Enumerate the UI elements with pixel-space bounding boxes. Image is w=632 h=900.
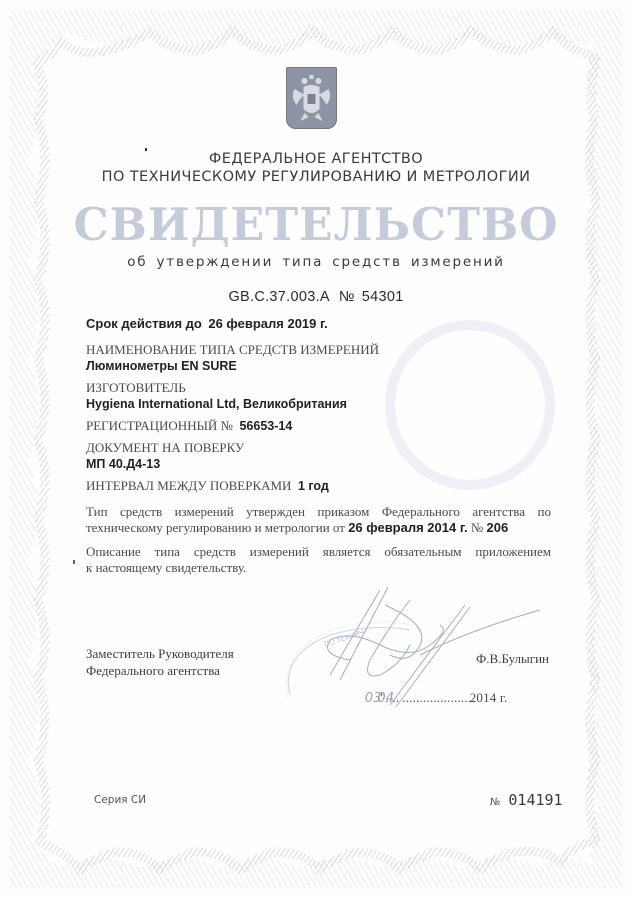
verification-doc-value: МП 40.Д4-13 — [86, 456, 244, 472]
verification-doc-field: ДОКУМЕНТ НА ПОВЕРКУ МП 40.Д4-13 — [86, 440, 244, 472]
interval-field: ИНТЕРВАЛ МЕЖДУ ПОВЕРКАМИ 1 год — [86, 478, 329, 494]
date-month-dots: ..................... — [402, 690, 474, 705]
validity-label: Срок действия до — [86, 316, 202, 331]
type-name-label: НАИМЕНОВАНИЕ ТИПА СРЕДСТВ ИЗМЕРЕНИЙ — [86, 342, 379, 358]
certificate-code: GB.C.37.003.A — [228, 289, 329, 305]
registration-value: 56653-14 — [239, 419, 292, 433]
description-line2: к настоящему свидетельству. — [86, 560, 246, 575]
date-month: 03 — [365, 691, 382, 706]
interval-label: ИНТЕРВАЛ МЕЖДУ ПОВЕРКАМИ — [86, 478, 291, 493]
manufacturer-label: ИЗГОТОВИТЕЛЬ — [86, 380, 347, 396]
description-paragraph: Описание типа средств измерений является… — [86, 544, 551, 576]
approval-paragraph: Тип средств измерений утвержден приказом… — [86, 504, 551, 536]
scan-artifact — [73, 560, 75, 564]
validity-date: 26 февраля 2019 г. — [208, 316, 327, 331]
number-sign: № — [339, 289, 355, 305]
signature-date: "....04.....................032014 г. — [380, 690, 507, 706]
certificate-page: ФЕДЕРАЛЬНОЕ АГЕНТСТВО ПО ТЕХНИЧЕСКОМУ РЕ… — [0, 0, 632, 900]
interval-value: 1 год — [298, 479, 329, 493]
type-name-value: Люминометры EN SURE — [86, 358, 379, 374]
certificate-number: GB.C.37.003.A№54301 — [0, 289, 632, 305]
signer-position: Заместитель Руководителя Федерального аг… — [86, 645, 234, 679]
order-number-sign: № — [471, 520, 483, 535]
agency-name-line2: ПО ТЕХНИЧЕСКОМУ РЕГУЛИРОВАНИЮ И МЕТРОЛОГ… — [0, 168, 632, 186]
serial-number-sign: № — [490, 797, 500, 808]
approval-line1: Тип средств измерений утвержден приказом… — [86, 504, 551, 520]
approval-line2-prefix: техническому регулированию и метрологии … — [86, 520, 345, 535]
manufacturer-value: Hygiena International Ltd, Великобритани… — [86, 396, 347, 412]
certificate-title: СВИДЕТЕЛЬСТВО — [6, 197, 625, 253]
series-label: Серия СИ — [94, 794, 146, 806]
order-date: 26 февраля 2014 г. — [348, 520, 467, 535]
certificate-subtitle: об утверждении типа средств измерений — [0, 254, 632, 270]
registration-field: РЕГИСТРАЦИОННЫЙ № 56653-14 — [86, 418, 292, 434]
validity-period: Срок действия до 26 февраля 2019 г. — [86, 316, 328, 332]
description-line1: Описание типа средств измерений является… — [86, 544, 551, 560]
serial-number: №014191 — [490, 791, 563, 809]
verification-doc-label: ДОКУМЕНТ НА ПОВЕРКУ — [86, 440, 244, 456]
type-name-field: НАИМЕНОВАНИЕ ТИПА СРЕДСТВ ИЗМЕРЕНИЙ Люми… — [86, 342, 379, 374]
certificate-number-value: 54301 — [362, 289, 404, 305]
signer-name: Ф.В.Булыгин — [476, 651, 549, 667]
serial-number-value: 014191 — [508, 791, 562, 809]
signer-position-line2: Федерального агентства — [86, 662, 234, 679]
signer-position-line1: Заместитель Руководителя — [86, 645, 234, 662]
manufacturer-field: ИЗГОТОВИТЕЛЬ Hygiena International Ltd, … — [86, 380, 347, 412]
order-number: 206 — [486, 520, 508, 535]
agency-name-line1: ФЕДЕРАЛЬНОЕ АГЕНТСТВО — [0, 150, 632, 168]
registration-label: РЕГИСТРАЦИОННЫЙ № — [86, 418, 233, 433]
date-year: 2014 г. — [470, 690, 508, 705]
russian-coat-of-arms-icon — [286, 67, 337, 129]
